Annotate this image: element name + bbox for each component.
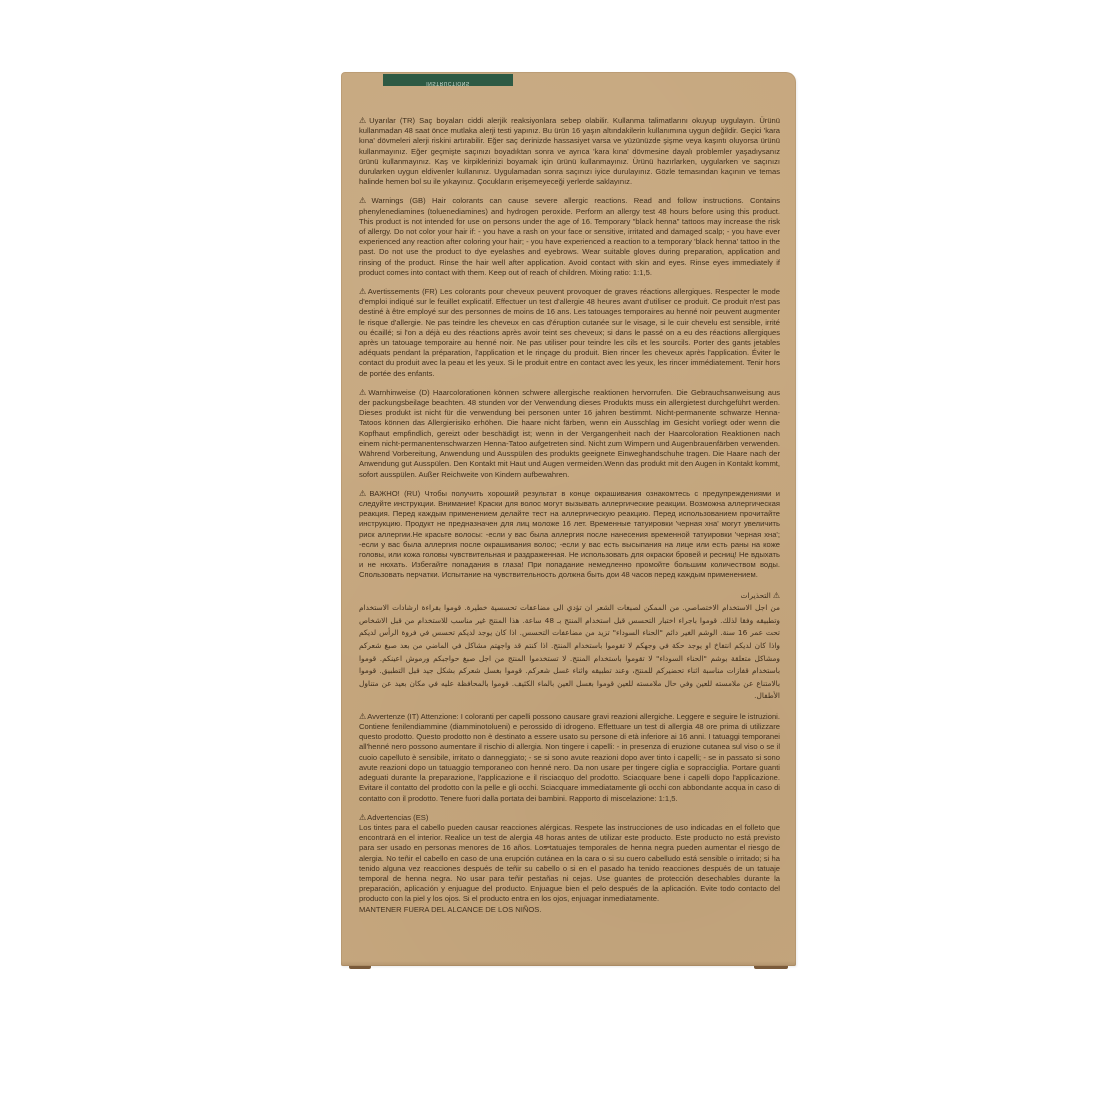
- section-body: Haarcolorationen können schwere allergis…: [359, 388, 780, 479]
- section-body: Чтобы получить хороший результат в конце…: [359, 489, 780, 580]
- box-bottom-edge-left: [349, 966, 371, 969]
- green-label-strip: INSTRUCTIONS: [383, 74, 513, 86]
- section-title: Advertencias (ES): [367, 813, 428, 822]
- warnings-text-block: ⚠Uyarılar (TR) Saç boyaları ciddi alerji…: [359, 116, 780, 924]
- section-title: التحذيرات: [740, 591, 770, 600]
- warning-triangle-icon: ⚠: [359, 116, 368, 125]
- warning-triangle-icon: ⚠: [773, 591, 780, 600]
- warning-triangle-icon: ⚠: [359, 388, 367, 397]
- print-smudge: [544, 846, 550, 848]
- warning-section-tr: ⚠Uyarılar (TR) Saç boyaları ciddi alerji…: [359, 116, 780, 187]
- section-title: Warnhinweise (D): [368, 388, 429, 397]
- box-bottom-edge-right: [754, 966, 788, 969]
- warning-triangle-icon: ⚠: [359, 196, 370, 205]
- section-body: Hair colorants can cause severe allergic…: [359, 196, 780, 276]
- section-title: Avertissements (FR): [368, 287, 438, 296]
- section-final-line: MANTENER FUERA DEL ALCANCE DE LOS NIÑOS.: [359, 905, 780, 915]
- section-body: من اجل الاستخدام الاختصاصي. من الممكن لص…: [359, 603, 780, 700]
- section-body: Les colorants pour cheveux peuvent provo…: [359, 287, 780, 378]
- warning-section-de: ⚠Warnhinweise (D) Haarcolorationen könne…: [359, 388, 780, 480]
- section-title: Uyarılar (TR): [369, 116, 415, 125]
- warning-section-ru: ⚠ВАЖНО! (RU) Чтобы получить хороший резу…: [359, 489, 780, 581]
- warning-section-it: ⚠Avvertenze (IT) Attenzione: I coloranti…: [359, 712, 780, 804]
- section-heading: ⚠التحذيرات: [359, 590, 780, 603]
- warning-triangle-icon: ⚠: [359, 813, 366, 822]
- section-title: ВАЖНО! (RU): [369, 489, 420, 498]
- warning-section-es: ⚠Advertencias (ES) Los tintes para el ca…: [359, 813, 780, 915]
- section-heading: ⚠Advertencias (ES): [359, 813, 780, 823]
- section-body: Saç boyaları ciddi alerjik reaksiyonlara…: [359, 116, 780, 186]
- warning-triangle-icon: ⚠: [359, 287, 367, 296]
- section-title: Avvertenze (IT): [367, 712, 419, 721]
- section-body: Attenzione: I coloranti per capelli poss…: [359, 712, 780, 803]
- warning-triangle-icon: ⚠: [359, 489, 368, 498]
- warning-section-fr: ⚠Avertissements (FR) Les colorants pour …: [359, 287, 780, 379]
- section-title: Warnings (GB): [371, 196, 425, 205]
- product-box-back-panel: INSTRUCTIONS ⚠Uyarılar (TR) Saç boyaları…: [341, 72, 796, 966]
- section-body: Los tintes para el cabello pueden causar…: [359, 823, 780, 903]
- warning-section-gb: ⚠Warnings (GB) Hair colorants can cause …: [359, 196, 780, 278]
- warning-section-ar: ⚠التحذيرات من اجل الاستخدام الاختصاصي. م…: [359, 590, 780, 703]
- warning-triangle-icon: ⚠: [359, 712, 366, 721]
